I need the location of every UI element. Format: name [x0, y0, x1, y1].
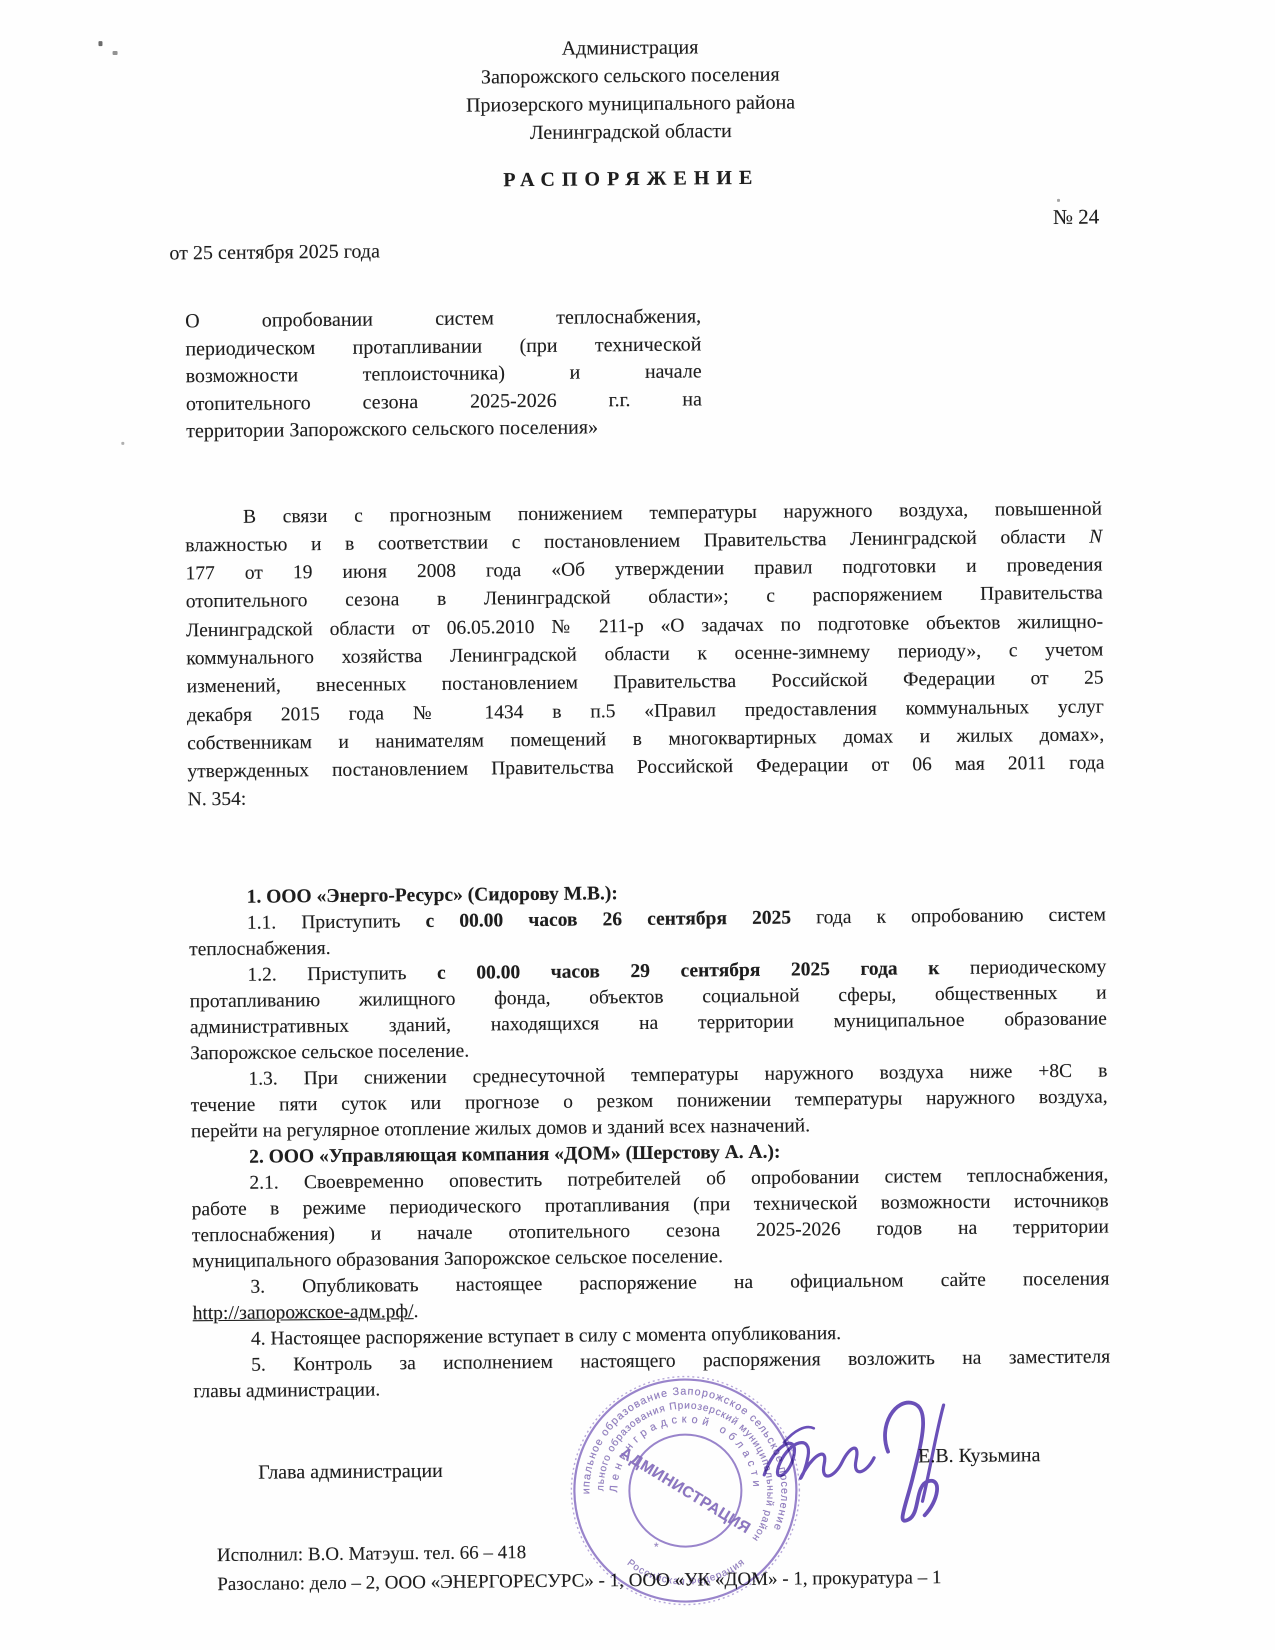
text-segment: влажностью и в соответствии с постановле…	[185, 526, 1089, 556]
text-segment: муниципального образования Запорожское с…	[192, 1246, 723, 1272]
text-segment: коммунального хозяйства Ленинградской об…	[186, 640, 1103, 670]
handwritten-signature	[747, 1389, 973, 1546]
document-subject: О опробовании систем теплоснабжения,пери…	[185, 303, 702, 445]
text-segment: 1.1. Приступить	[247, 911, 426, 934]
text-segment: http://запорожское-адм.рф/	[193, 1301, 414, 1324]
document-preamble: В связи с прогнозным понижением температ…	[185, 495, 1105, 815]
scan-artifact	[113, 51, 118, 55]
scanned-document: Администрация Запорожского сельского пос…	[0, 0, 1275, 1650]
svg-text:Российская Федерация: Российская Федерация	[625, 1556, 748, 1588]
text-segment: 2. ООО «Управляющая компания «ДОМ» (Шерс…	[249, 1141, 780, 1167]
text-segment: 177 от 19 июня 2008 года «Об утверждении…	[185, 555, 1102, 585]
scan-artifact	[1096, 1208, 1099, 1211]
text-segment: отопительного сезона в Ленинградской обл…	[186, 583, 1103, 613]
text-segment: декабря 2015 года № 1434 в п.5 «Правил п…	[187, 696, 1104, 726]
stamp-center-text: АДМИНИСТРАЦИЯ	[617, 1445, 754, 1538]
text-segment: периодическому	[939, 956, 1106, 979]
text-segment: изменений, внесенных постановлением Прав…	[187, 668, 1104, 698]
text-segment: Запорожское сельское поселение.	[190, 1040, 469, 1064]
text-segment: возможности теплоисточника) и начале	[186, 360, 702, 387]
text-segment: теплоснабжения.	[189, 938, 331, 960]
text-segment: года к опробованию систем	[791, 904, 1106, 928]
organization-header: Администрация Запорожского сельского пос…	[0, 28, 1268, 152]
text-segment: 3. Опубликовать настоящее распоряжение н…	[250, 1268, 1109, 1297]
stamp-asterisk: *	[654, 1540, 659, 1554]
document-type-title: РАСПОРЯЖЕНИЕ	[0, 160, 1269, 198]
text-segment: N	[1089, 526, 1102, 547]
stamp-ring-bottom-text: Российская Федерация	[625, 1556, 748, 1588]
text-segment: периодическом протапливании (при техниче…	[185, 333, 701, 360]
text-segment: собственникам и нанимателям помещений в …	[187, 724, 1104, 754]
text-segment: 1.2. Приступить	[247, 963, 437, 986]
document-page: Администрация Запорожского сельского пос…	[0, 0, 1275, 1650]
text-segment: перейти на регулярное отопление жилых до…	[191, 1115, 810, 1142]
text-line: территории Запорожского сельского поселе…	[186, 413, 702, 445]
text-segment: с 00.00 часов 26 сентября 2025	[425, 907, 791, 932]
scan-artifact	[121, 442, 124, 445]
text-segment: отопительного сезона 2025-2026 г.г. на	[186, 388, 702, 415]
text-segment: главы администрации.	[193, 1379, 380, 1402]
text-segment: .	[413, 1301, 418, 1322]
document-items: 1. ООО «Энерго-Ресурс» (Сидорову М.В.):1…	[189, 876, 1111, 1405]
text-segment: Ленинградской области от 06.05.2010 № 21…	[186, 611, 1103, 641]
text-line: возможности теплоисточника) и начале	[186, 358, 702, 390]
text-segment: территории Запорожского сельского поселе…	[186, 416, 598, 442]
text-segment: утвержденных постановлением Правительств…	[187, 753, 1104, 783]
text-segment: О опробовании систем теплоснабжения,	[185, 305, 701, 332]
scan-artifact	[98, 41, 102, 46]
text-segment: 1. ООО «Энерго-Ресурс» (Сидорову М.В.):	[247, 883, 618, 908]
scan-artifact	[1057, 199, 1060, 202]
text-segment: 5. Контроль за исполнением настоящего ра…	[251, 1346, 1110, 1375]
text-segment: с 00.00 часов 29 сентября 2025 года к	[437, 958, 940, 984]
text-segment: В связи с прогнозным понижением температ…	[243, 498, 1102, 527]
text-segment: N. 354:	[188, 789, 247, 811]
text-line: отопительного сезона 2025-2026 г.г. на	[186, 386, 702, 418]
signatory-position: Глава администрации	[258, 1460, 443, 1485]
text-line: О опробовании систем теплоснабжения,	[185, 303, 701, 335]
text-segment: 4. Настоящее распоряжение вступает в сил…	[251, 1323, 841, 1350]
